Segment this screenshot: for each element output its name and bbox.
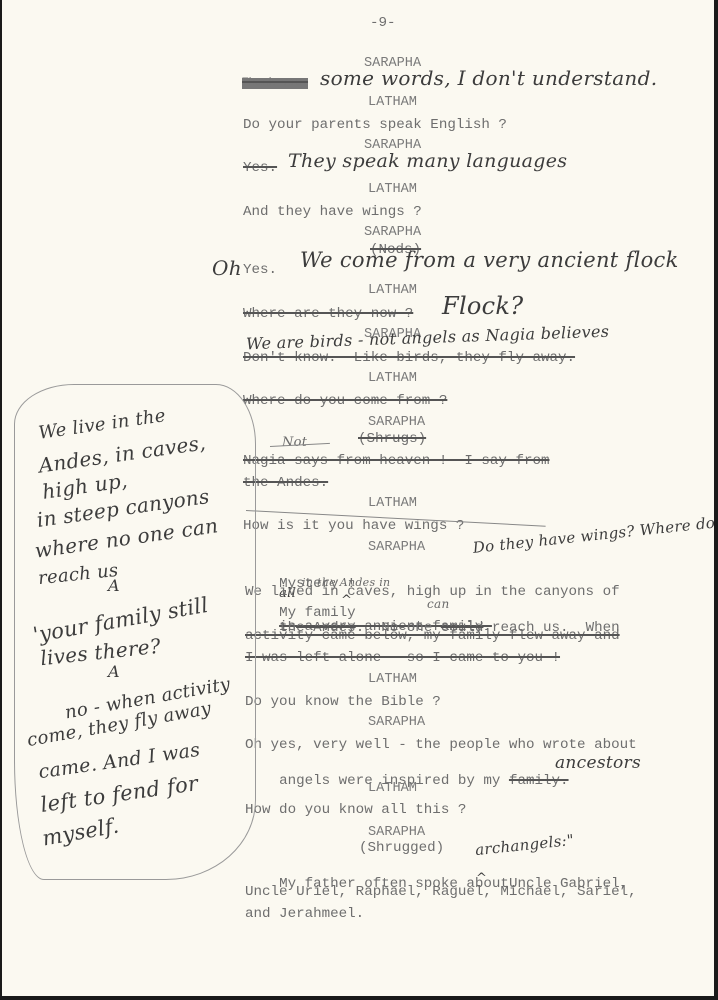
struck-dialogue: Don't know. Like birds, they fly away.	[243, 351, 575, 365]
struck-parenthetical: (Shrugs)	[358, 432, 426, 446]
struck-dialogue: Nagia says from heaven ! I say from	[243, 454, 550, 468]
dialogue-line: Do your parents speak English ?	[243, 118, 507, 132]
handwritten-revision: They speak many languages	[288, 152, 567, 171]
insert-caret: ^	[341, 594, 352, 607]
dialogue-line: Do you know the Bible ?	[245, 695, 441, 709]
character-cue: LATHAM	[368, 372, 417, 386]
dialogue-line: Uncle Uriel, Raphael, Raguel, Michael, S…	[245, 885, 637, 899]
character-cue: LATHAM	[368, 497, 417, 511]
page-number: -9-	[370, 16, 396, 30]
character-cue: SARAPHA	[364, 226, 421, 240]
handwritten-revision: Not	[282, 436, 307, 449]
character-cue: LATHAM	[368, 284, 417, 298]
struck-dialogue: Where are they now ?	[243, 307, 413, 321]
character-cue: LATHAM	[368, 96, 417, 110]
dialogue-line: How do you know all this ?	[245, 803, 466, 817]
handwritten-revision: We come from a very ancient flock	[300, 250, 679, 271]
handwritten-insert: archangels:"	[474, 833, 574, 858]
character-cue: SARAPHA	[368, 416, 425, 430]
struck-dialogue: Thank you.	[242, 78, 308, 89]
struck-dialogue: Where do you come from ?	[243, 394, 447, 408]
character-cue: SARAPHA	[368, 541, 425, 555]
margin-note-line: A	[108, 664, 120, 680]
character-cue: SARAPHA	[368, 716, 425, 730]
character-cue: LATHAM	[368, 183, 417, 197]
character-cue: LATHAM	[368, 782, 417, 796]
struck-dialogue: Yes.	[243, 161, 277, 175]
handwritten-revision: We are birds - not angels as Nagia belie…	[246, 324, 610, 353]
struck-dialogue: I was left alone - so I came to you !	[245, 651, 560, 665]
handwritten-margin-word: Oh	[212, 258, 242, 278]
character-cue: LATHAM	[368, 673, 417, 687]
handwritten-revision: Flock?	[442, 294, 523, 318]
dialogue-line: Yes.	[243, 263, 277, 277]
dialogue-line: and Jerahmeel.	[245, 907, 364, 921]
script-page: -9- SARAPHA Thank you. some words, I don…	[2, 0, 714, 996]
handwritten-revision: ancestors	[555, 755, 641, 772]
struck-text: family.	[509, 773, 569, 789]
character-cue: SARAPHA	[368, 826, 425, 840]
parenthetical: (Shrugged)	[359, 841, 444, 855]
dialogue-line: Oh yes, very well - the people who wrote…	[245, 738, 637, 752]
handwritten-revision: some words, I don't understand.	[320, 68, 657, 88]
dialogue-line: And they have wings ?	[243, 205, 422, 219]
handwritten-question: Do they have wings? Where do they live?	[472, 507, 714, 556]
struck-dialogue: activity came below, my family flew away…	[245, 629, 620, 643]
margin-note-line: A	[108, 578, 120, 594]
